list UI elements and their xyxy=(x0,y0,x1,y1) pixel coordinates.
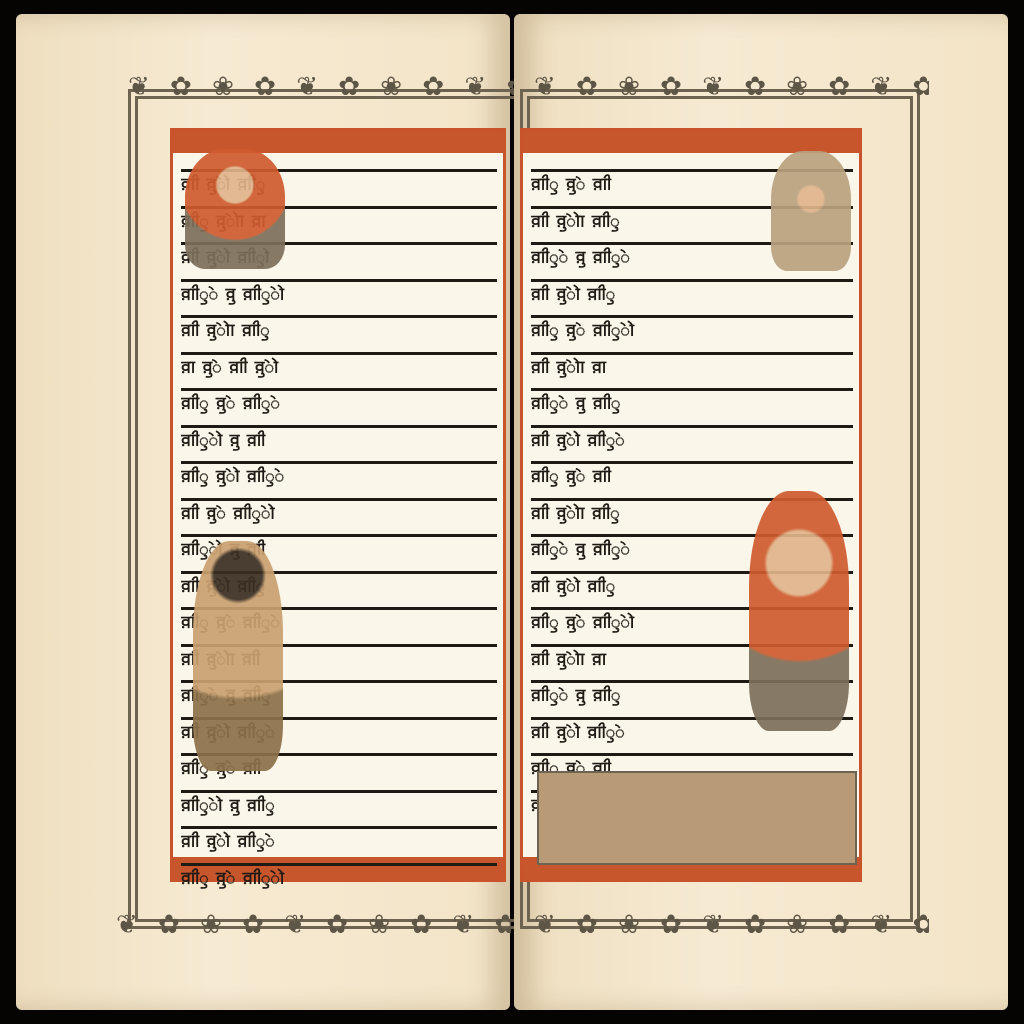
manuscript-line: ꠅꠣꠤ ꠅꠥꠦꠧ ꠅꠣꠤꠥ xyxy=(531,279,853,316)
seated-woman-illustration xyxy=(749,491,849,731)
manuscript-line: ꠅꠣ ꠅꠥꠦ ꠅꠣꠤ ꠅꠥꠦꠧ xyxy=(181,352,497,389)
manuscript-line: ꠅꠣꠤꠥꠦ ꠅꠥ ꠅꠣꠤꠥ xyxy=(531,388,853,425)
manuscript-line: ꠅꠣꠤꠥꠦꠧ ꠅꠥ ꠅꠣꠤꠥ xyxy=(181,790,497,827)
manuscript-line: ꠅꠣꠤ ꠅꠥꠦꠧ ꠅꠣꠤꠥꠦ xyxy=(181,826,497,863)
right-text-frame: ꠅꠣꠤꠥ ꠅꠥꠦ ꠅꠣꠤꠅꠣꠤ ꠅꠥꠦꠧꠣ ꠅꠣꠤꠥꠅꠣꠤꠥꠦ ꠅꠥ ꠅꠣꠤꠥꠦ… xyxy=(520,128,862,882)
right-top-ornament: ❦ ✿ ❀ ✿ ❦ ✿ ❀ ✿ ❦ ✿ ❀ ✿ ❦ xyxy=(534,72,929,102)
left-top-ornament: ❦ ✿ ❀ ✿ ❦ ✿ ❀ ✿ ❦ ✿ ❀ ✿ ❦ xyxy=(128,72,523,102)
standing-figure-illustration xyxy=(193,541,283,771)
right-bottom-ornament: ❦ ✿ ❀ ✿ ❦ ✿ ❀ ✿ ❦ ✿ ❀ ✿ ❦ xyxy=(534,910,929,940)
manuscript-line: ꠅꠣꠤꠥ ꠅꠥꠦ ꠅꠣꠤꠥꠦꠧ xyxy=(181,863,497,900)
right-page: ❦ ✿ ❀ ✿ ❦ ✿ ❀ ✿ ❦ ✿ ❀ ✿ ❦ ❦ ✿ ❀ ✿ ❦ ✿ ❀ … xyxy=(514,14,1008,1010)
right-top-band xyxy=(523,131,859,153)
carved-bench-illustration xyxy=(537,771,857,865)
left-page: ❦ ✿ ❀ ✿ ❦ ✿ ❀ ✿ ❦ ✿ ❀ ✿ ❦ ❦ ✿ ❀ ✿ ❦ ✿ ❀ … xyxy=(16,14,510,1010)
manuscript-line: ꠅꠣꠤꠥ ꠅꠥꠦ ꠅꠣꠤꠥꠦ xyxy=(181,388,497,425)
manuscript-line: ꠅꠣꠤ ꠅꠥꠦꠧꠣ ꠅꠣ xyxy=(531,352,853,389)
left-bottom-ornament: ❦ ✿ ❀ ✿ ❦ ✿ ❀ ✿ ❦ ✿ ❀ ✿ ❦ xyxy=(116,910,511,940)
seated-figure-illustration xyxy=(185,149,285,269)
manuscript-line: ꠅꠣꠤꠥꠦ ꠅꠥ ꠅꠣꠤꠥꠦꠧ xyxy=(181,279,497,316)
manuscript-line: ꠅꠣꠤꠥꠦꠧ ꠅꠥ ꠅꠣꠤ xyxy=(181,425,497,462)
manuscript-line: ꠅꠣꠤ ꠅꠥꠦ ꠅꠣꠤꠥꠦꠧ xyxy=(181,498,497,535)
left-text-frame: ꠅꠣꠤ ꠅꠥꠦꠧ ꠅꠣꠤꠥꠅꠣꠤꠥ ꠅꠥꠦꠧꠣ ꠅꠣꠅꠣꠤ ꠅꠥꠦꠧ ꠅꠣꠤꠥꠧ… xyxy=(170,128,506,882)
manuscript-line: ꠅꠣꠤꠥ ꠅꠥꠦꠧ ꠅꠣꠤꠥꠦ xyxy=(181,461,497,498)
manuscript-line: ꠅꠣꠤ ꠅꠥꠦꠧ ꠅꠣꠤꠥꠦ xyxy=(531,425,853,462)
left-text-block: ꠅꠣꠤ ꠅꠥꠦꠧ ꠅꠣꠤꠥꠅꠣꠤꠥ ꠅꠥꠦꠧꠣ ꠅꠣꠅꠣꠤ ꠅꠥꠦꠧ ꠅꠣꠤꠥꠧ… xyxy=(181,169,497,899)
corner-figure-illustration xyxy=(771,151,851,271)
manuscript-line: ꠅꠣꠤ ꠅꠥꠦꠧꠣ ꠅꠣꠤꠥ xyxy=(181,315,497,352)
manuscript-line: ꠅꠣꠤꠥ ꠅꠥꠦ ꠅꠣꠤꠥꠦꠧ xyxy=(531,315,853,352)
